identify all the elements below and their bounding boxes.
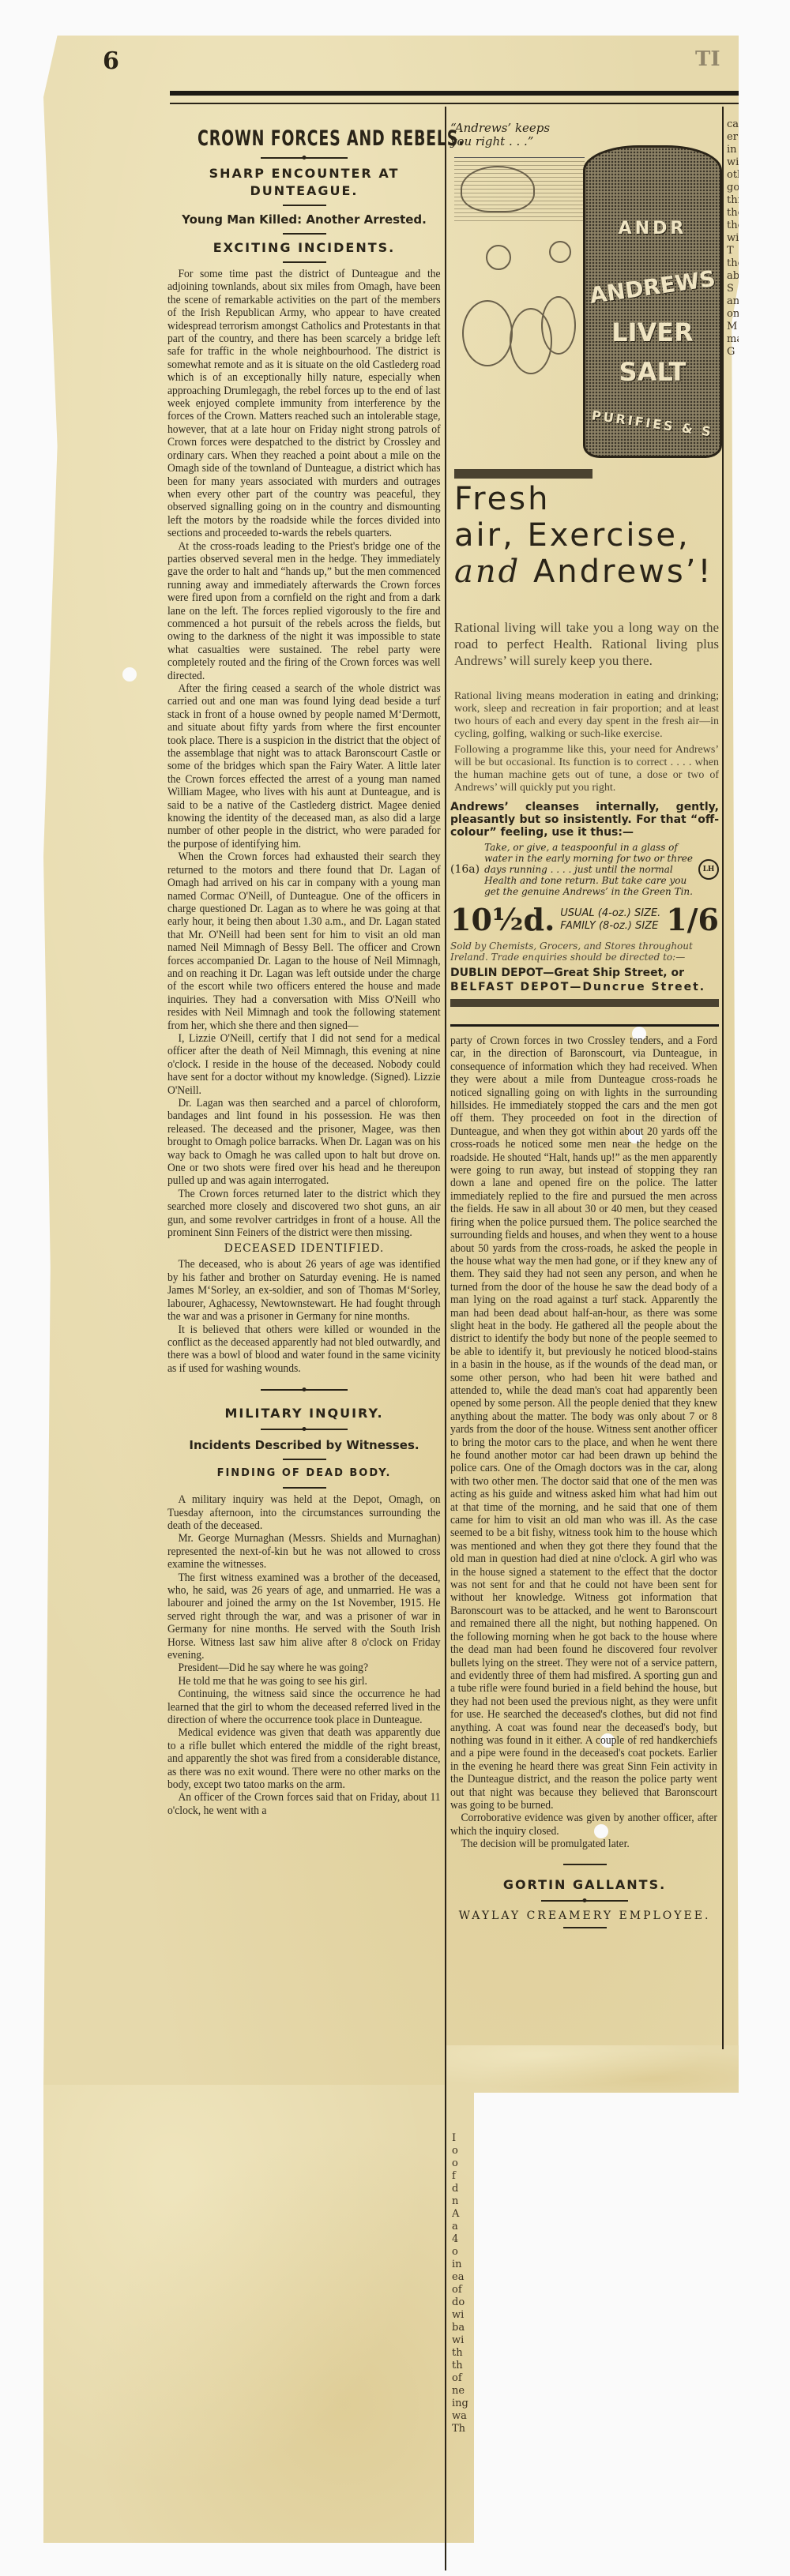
section-heading: MILITARY INQUIRY. — [167, 1405, 441, 1422]
rule — [261, 1389, 348, 1391]
fragment-text: ea — [452, 2271, 472, 2284]
section-body: A military inquiry was held at the Depot… — [167, 1493, 441, 1817]
fragment-text: th — [452, 2347, 472, 2360]
ad-directions: Take, or give, a teaspoonful in a glass … — [484, 842, 694, 897]
fragment-text: thr — [727, 194, 739, 207]
paragraph: Mr. George Murnaghan (Messrs. Shields an… — [167, 1532, 441, 1571]
fragment-text: wi — [727, 156, 739, 169]
fragment-text: the — [727, 257, 739, 270]
fragment-text: wi — [452, 2309, 472, 2322]
fragment-text: the — [727, 220, 739, 232]
cyclist-head-icon — [486, 245, 511, 270]
article-subhead: Young Man Killed: Another Arrested. — [167, 211, 441, 228]
paragraph: I, Lizzie O'Neill, certify that I did no… — [167, 1032, 441, 1097]
tin-label: SALT — [585, 357, 720, 387]
newspaper-clipping-lower-right-fragment — [446, 2045, 739, 2093]
fragment-text: of — [452, 2372, 472, 2385]
column-divider-right — [722, 107, 724, 2049]
fragment-text: ant — [727, 295, 739, 308]
paragraph: It is believed that others were killed o… — [167, 1324, 441, 1376]
section-heading: GORTIN GALLANTS. — [450, 1876, 719, 1894]
fragment-text: do — [452, 2296, 472, 2309]
section-subhead: Incidents Described by Witnesses. — [167, 1436, 441, 1454]
newspaper-clipping-lower-left — [43, 2085, 474, 2543]
ad-headline-em: and — [454, 554, 521, 590]
ad-headline-line: air, Exercise, — [454, 517, 719, 554]
rule — [563, 1864, 607, 1865]
fragment-text: ma — [727, 333, 739, 346]
fragment-text: th — [452, 2360, 472, 2372]
fragment-text: in — [452, 2259, 472, 2271]
paragraph: Medical evidence was given that death wa… — [167, 1726, 441, 1791]
paragraph: After the firing ceased a search of the … — [167, 682, 441, 851]
middle-column: “Andrews’ keeps you right . . .” ANDR AN… — [450, 118, 719, 1933]
section-heading: WAYLAY CREAMERY EMPLOYEE. — [450, 1909, 719, 1922]
ad-decorative-bar — [450, 999, 719, 1007]
fragment-text: wa — [452, 2410, 472, 2423]
price-usual: 10½d. — [450, 902, 555, 937]
fragment-text: ing — [452, 2398, 472, 2410]
tin-label: PURIFIES & S — [585, 407, 720, 440]
tin-label: ANDR — [585, 219, 720, 238]
fragment-text: a — [452, 2221, 472, 2233]
sold-by-text: Sold by Chemists, Grocers, and Stores th… — [450, 941, 719, 963]
bicycle-wheel-icon — [462, 300, 513, 366]
rule — [283, 1487, 326, 1489]
belfast-depot: BELFAST DEPOT—Duncrue Street. — [450, 980, 719, 994]
size-family: FAMILY (8-oz.) SIZE — [560, 920, 658, 932]
ad-headline-text: Andrews’! — [533, 554, 713, 590]
paragraph: Rational living means moderation in eati… — [454, 690, 719, 741]
ad-bold-copy: Andrews’ cleanses internally, gently, pl… — [450, 801, 719, 839]
ad-tagline: “Andrews’ keeps you right . . .” — [450, 122, 569, 148]
ad-code: (16a) — [450, 863, 480, 876]
cyclists-illustration — [454, 157, 585, 387]
section-subhead: FINDING OF DEAD BODY. — [167, 1465, 441, 1482]
fragment-text: ca — [727, 118, 739, 131]
tin-label: ANDREWS — [585, 265, 721, 309]
fragment-text: I — [452, 2132, 472, 2145]
fragment-text: the — [727, 207, 739, 220]
fragment-text: wit — [727, 232, 739, 245]
paragraph: Following a programme like this, your ne… — [454, 744, 719, 794]
ornamental-rule — [261, 157, 348, 159]
paragraph: The decision will be promulgated later. — [450, 1838, 717, 1850]
masthead-rule-thick — [170, 91, 739, 96]
fragment-text: M — [727, 321, 739, 333]
paragraph: The first witness examined was a brother… — [167, 1572, 441, 1662]
article-subhead: EXCITING INCIDENTS. — [167, 239, 441, 257]
rule — [283, 261, 326, 263]
column-divider-left — [445, 107, 446, 2570]
ad-headline-line: Fresh — [454, 481, 719, 517]
ad-decorative-bar — [454, 469, 592, 479]
paragraph: A military inquiry was held at the Depot… — [167, 1493, 441, 1532]
section-rule — [450, 1024, 719, 1027]
article-crown-forces: CROWN FORCES AND REBELS. SHARP ENCOUNTER… — [167, 118, 441, 1817]
ad-headline-line: and Andrews’! — [454, 554, 719, 590]
fragment-text: 4 — [452, 2233, 472, 2246]
bicycle-wheel-icon — [541, 296, 576, 355]
paragraph: He told me that he was going to see his … — [167, 1675, 441, 1688]
fragment-text: on — [727, 308, 739, 321]
cyclist-head-icon — [549, 241, 571, 263]
fragment-text: wi — [452, 2334, 472, 2347]
cloud-icon — [461, 166, 535, 212]
paragraph: President—Did he say where he was going? — [167, 1662, 441, 1674]
ornamental-rule — [541, 1900, 628, 1902]
section-heading: DECEASED IDENTIFIED. — [167, 1242, 441, 1255]
adjacent-column-fragment: caerinwiotlgothrthethewitTtheaboSantonMm… — [727, 118, 739, 359]
lh-logo-icon: LH — [698, 859, 719, 880]
punched-hole — [122, 667, 137, 682]
fragment-text: Th — [452, 2423, 472, 2435]
price-row: 10½d. USUAL (4-oz.) SIZE. FAMILY (8-oz.)… — [450, 902, 719, 937]
fragment-text: abo — [727, 270, 739, 283]
price-family: 1/6 — [666, 902, 719, 937]
fragment-text: er — [727, 131, 739, 144]
price-sizes: USUAL (4-oz.) SIZE. FAMILY (8-oz.) SIZE — [560, 907, 660, 933]
size-usual: USUAL (4-oz.) SIZE. — [560, 907, 660, 919]
adjacent-column-fragment: IoofdnAa4oineaofdowibawiththofneingwaTh — [452, 2132, 472, 2435]
paragraph: party of Crown forces in two Crossley te… — [450, 1035, 717, 1812]
article-body: For some time past the district of Dunte… — [167, 268, 441, 1239]
liver-salt-tin-illustration: ANDR ANDREWS LIVER SALT PURIFIES & S — [583, 145, 722, 458]
fragment-text: A — [452, 2208, 472, 2221]
fragment-text: ne — [452, 2385, 472, 2398]
rule — [563, 1927, 607, 1928]
fragment-text: ba — [452, 2322, 472, 2334]
dublin-depot: DUBLIN DEPOT—Great Ship Street, or — [450, 966, 719, 980]
paragraph: An officer of the Crown forces said that… — [167, 1791, 441, 1817]
fragment-text: otl — [727, 169, 739, 182]
running-head-fragment: TI — [695, 47, 720, 71]
tin-label: LIVER — [585, 317, 720, 347]
paragraph: Dr. Lagan was then searched and a parcel… — [167, 1097, 441, 1188]
andrews-ad-lower: Andrews’ cleanses internally, gently, pl… — [450, 801, 719, 1027]
article-subhead: SHARP ENCOUNTER AT DUNTEAGUE. — [167, 165, 441, 200]
article-headline: CROWN FORCES AND REBELS. — [197, 126, 411, 151]
ornamental-rule — [261, 1429, 348, 1430]
paragraph: At the cross-roads leading to the Priest… — [167, 540, 441, 682]
ad-body-copy: Rational living means moderation in eati… — [454, 690, 719, 798]
ad-headline: Fresh air, Exercise, and Andrews’! — [454, 481, 719, 590]
paragraph: Continuing, the witness said since the o… — [167, 1688, 441, 1726]
fragment-text: go — [727, 182, 739, 194]
section-body: The deceased, who is about 26 years of a… — [167, 1258, 441, 1375]
fragment-text: n — [452, 2195, 472, 2208]
fragment-text: o — [452, 2246, 472, 2259]
rule — [283, 1459, 326, 1460]
paragraph: When the Crown forces had exhausted thei… — [167, 851, 441, 1032]
inquiry-continued-body: party of Crown forces in two Crossley te… — [450, 1035, 717, 1851]
rule — [283, 233, 326, 235]
ad-lead-copy: Rational living will take you a long way… — [454, 619, 719, 669]
paragraph: The Crown forces returned later to the d… — [167, 1188, 441, 1240]
paragraph: The deceased, who is about 26 years of a… — [167, 1258, 441, 1323]
fragment-text: f — [452, 2170, 472, 2183]
fragment-text: T — [727, 245, 739, 257]
rule — [283, 205, 326, 206]
paragraph: For some time past the district of Dunte… — [167, 268, 441, 540]
fragment-text: o — [452, 2157, 472, 2170]
fragment-text: in — [727, 144, 739, 156]
page-number: 6 — [103, 47, 119, 75]
paragraph: Corroborative evidence was given by anot… — [450, 1812, 717, 1838]
fragment-text: d — [452, 2183, 472, 2195]
masthead-rule-thin — [170, 103, 739, 104]
fragment-text: S — [727, 283, 739, 295]
fragment-text: G — [727, 346, 739, 359]
fragment-text: of — [452, 2284, 472, 2296]
fragment-text: o — [452, 2145, 472, 2157]
andrews-liver-salt-ad: “Andrews’ keeps you right . . .” ANDR AN… — [450, 122, 719, 801]
